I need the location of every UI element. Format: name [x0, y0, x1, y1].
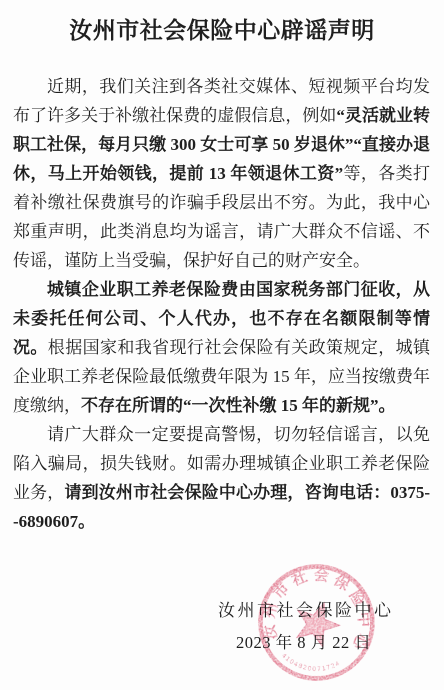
seal-ring	[256, 562, 377, 683]
signature-org: 汝州市社会保险中心	[218, 596, 394, 621]
emphasized-text-run: 请到汝州市社会保险中心办理，咨询电话：0375--6890607。	[13, 483, 430, 531]
paragraph: 近期，我们关注到各类社交媒体、短视频平台均发布了许多关于补缴社保费的虚假信息，例…	[13, 72, 430, 275]
signature-date: 2023 年 8 月 22 日	[236, 629, 371, 653]
document-body: 近期，我们关注到各类社交媒体、短视频平台均发布了许多关于补缴社保费的虚假信息，例…	[13, 72, 430, 536]
paragraph: 请广大群众一定要提高警惕，切勿轻信谣言，以免陷入骗局，损失钱财。如需办理城镇企业…	[13, 420, 430, 536]
official-seal: 汝州市社会保险中心 4104820071724	[256, 562, 377, 683]
seal-code-text: 4104820071724	[279, 652, 343, 677]
emphasized-text-run: 不存在所谓的“一次性补缴 15 年的新规”。	[81, 396, 396, 415]
page-title: 汝州市社会保险中心辟谣声明	[0, 12, 444, 45]
paragraph: 城镇企业职工养老保险费由国家税务部门征收，从未委托任何公司、个人代办，也不存在名…	[13, 275, 430, 420]
document-page: 汝州市社会保险中心辟谣声明 近期，我们关注到各类社交媒体、短视频平台均发布了许多…	[0, 0, 444, 690]
